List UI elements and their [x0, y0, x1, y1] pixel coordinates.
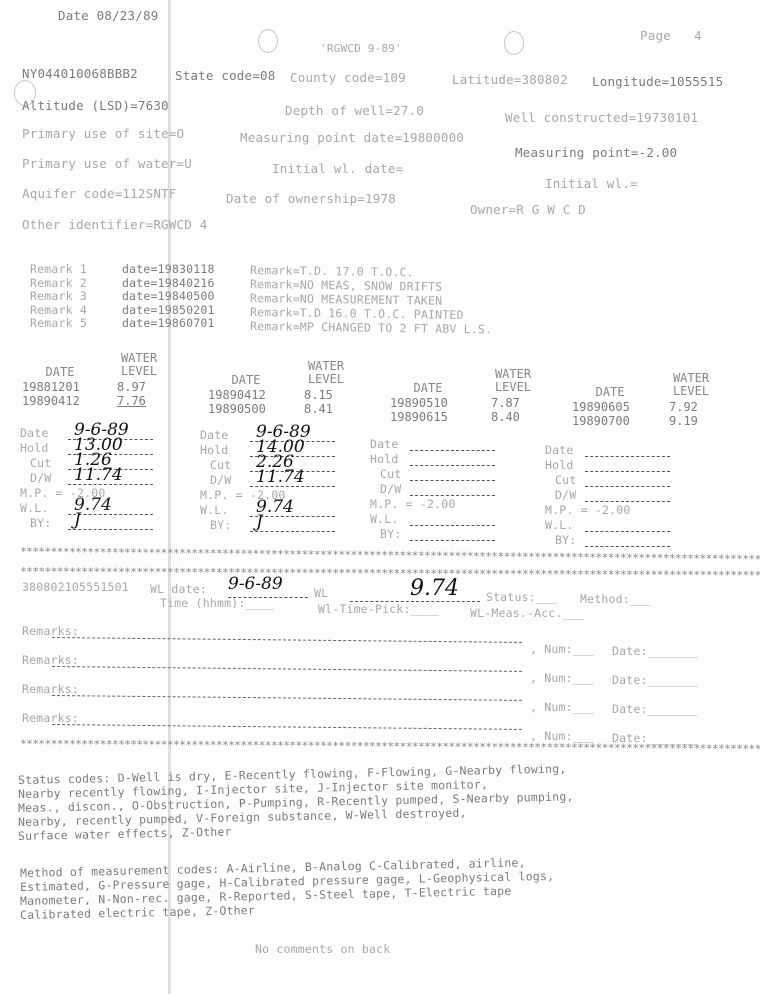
- remarks-input-line[interactable]: [52, 694, 522, 701]
- punch-hole: [504, 31, 524, 55]
- station-id: NY044010068BBB2: [22, 66, 138, 81]
- form-field-hold[interactable]: [410, 454, 495, 466]
- remark-label: Remark 1: [30, 262, 87, 276]
- wl-field[interactable]: [350, 590, 480, 602]
- county-code: County code=109: [290, 70, 406, 85]
- page-number: Page 4: [640, 28, 702, 43]
- report-title: 'RGWCD 9-89': [320, 42, 402, 55]
- form-label-dw: D/W: [210, 473, 231, 487]
- form-label-hold: Hold: [545, 458, 574, 472]
- report-date: Date 08/23/89: [58, 8, 158, 23]
- water-level-date: 19890412: [22, 394, 80, 408]
- form-label-cut: Cut: [380, 467, 401, 481]
- initial-wl: Initial wl.=: [545, 176, 638, 191]
- form-label-wl: W.L.: [20, 501, 49, 515]
- remark-date: date=19830118: [122, 262, 215, 276]
- form-field-cut[interactable]: [410, 469, 495, 481]
- wl-time-pick-field[interactable]: Wl-Time-Pick:____: [318, 602, 439, 616]
- form-field-dw[interactable]: [585, 490, 670, 502]
- form-value-dw[interactable]: 11.74: [74, 465, 123, 485]
- form-field-cut[interactable]: [585, 475, 670, 487]
- form-label-by: BY:: [210, 518, 231, 532]
- remark-date: date=19840500: [122, 289, 215, 303]
- remark-date: date=19860701: [122, 316, 215, 330]
- form-label-date: Date: [20, 426, 49, 440]
- water-level-value: 8.15: [304, 388, 333, 402]
- remark-label: Remark 4: [30, 303, 87, 317]
- well-constructed: Well constructed=19730101: [505, 110, 698, 125]
- form-field-hold[interactable]: [585, 460, 670, 472]
- page-fold-shadow: [168, 0, 171, 994]
- longitude: Longitude=1055515: [592, 74, 723, 89]
- remarks-input-line[interactable]: [52, 636, 522, 643]
- form-value-by[interactable]: J: [256, 512, 263, 532]
- remark-label: Remark 2: [30, 276, 87, 290]
- form-label-hold: Hold: [200, 443, 229, 457]
- depth-of-well: Depth of well=27.0: [285, 103, 424, 118]
- form-label-dw: D/W: [380, 482, 401, 496]
- remark-date: date=19840216: [122, 276, 215, 290]
- date-field[interactable]: Date:_______: [612, 673, 697, 687]
- water-level-value: 8.41: [304, 402, 333, 416]
- form-label-date: Date: [200, 428, 229, 442]
- remark-label: Remark 5: [30, 316, 87, 330]
- water-level-date: 19890605: [572, 400, 630, 414]
- remarks-input-line[interactable]: [52, 723, 522, 730]
- state-code: State code=08: [175, 68, 275, 83]
- water-level-header: WATER LEVEL: [296, 360, 356, 386]
- form-label-dw: D/W: [30, 471, 51, 485]
- form-label-dw: D/W: [555, 488, 576, 502]
- punch-hole: [258, 29, 278, 53]
- water-level-date: 19890615: [390, 410, 448, 424]
- date-field[interactable]: Date:_______: [612, 644, 697, 658]
- date-of-ownership: Date of ownership=1978: [226, 191, 396, 206]
- form-label-by: BY:: [30, 516, 51, 530]
- form-label-mp: M.P. = -2.00: [545, 503, 630, 517]
- form-label-cut: Cut: [555, 473, 576, 487]
- water-level-header: WATER LEVEL: [483, 368, 543, 394]
- form-value-dw[interactable]: 11.74: [256, 467, 305, 487]
- method-field[interactable]: Method:___: [580, 592, 651, 606]
- time-field[interactable]: Time (hhmm):____: [160, 596, 274, 610]
- status-field[interactable]: Status:___: [486, 590, 557, 604]
- aquifer-code: Aquifer code=112SNTF: [22, 186, 177, 201]
- form-field-by[interactable]: [410, 529, 495, 541]
- form-label-by: BY:: [555, 533, 576, 547]
- water-level-value: 9.19: [669, 414, 698, 428]
- remark-label: Remark 3: [30, 289, 87, 303]
- form-label-wl: W.L.: [370, 512, 399, 526]
- primary-use-water: Primary use of water=U: [22, 156, 192, 171]
- form-label-cut: Cut: [210, 458, 231, 472]
- remark-date: date=19850201: [122, 303, 215, 317]
- wl-label: WL: [314, 586, 328, 600]
- owner: Owner=R G W C D: [470, 202, 586, 217]
- separator-stars: ****************************************…: [20, 545, 760, 566]
- water-level-value: 7.76: [117, 394, 146, 408]
- form-label-date: Date: [545, 443, 574, 457]
- remark-text: Remark=MP CHANGED TO 2 FT ABV L.S.: [250, 319, 492, 336]
- form-label-hold: Hold: [20, 441, 49, 455]
- form-field-wl[interactable]: [585, 520, 670, 532]
- water-level-value: 7.87: [491, 396, 520, 410]
- water-level-date: 19890412: [208, 388, 266, 402]
- scanned-document-page: Date 08/23/89 Page 4 'RGWCD 9-89' NY0440…: [0, 0, 768, 994]
- water-level-value: 7.92: [669, 400, 698, 414]
- form-label-cut: Cut: [30, 456, 51, 470]
- latitude: Latitude=380802: [452, 72, 568, 87]
- wl-date-label: WL date:: [150, 582, 207, 596]
- form-field-by[interactable]: [585, 535, 670, 547]
- form-field-dw[interactable]: [410, 484, 495, 496]
- water-level-value: 8.40: [491, 410, 520, 424]
- water-level-header: WATER LEVEL: [661, 372, 721, 398]
- num-field[interactable]: , Num:___: [530, 642, 594, 656]
- water-level-header: WATER LEVEL: [109, 352, 169, 378]
- date-header: DATE: [216, 374, 276, 387]
- water-level-date: 19890700: [572, 414, 630, 428]
- form-label-wl: W.L.: [200, 503, 229, 517]
- date-header: DATE: [398, 382, 458, 395]
- form-label-mp: M.P. = -2.00: [370, 497, 455, 511]
- water-level-value: 8.97: [117, 380, 146, 394]
- date-field[interactable]: Date:_______: [612, 702, 697, 716]
- num-field[interactable]: , Num:___: [530, 671, 594, 685]
- measuring-point-date: Measuring point date=19800000: [240, 130, 464, 145]
- other-identifier: Other identifier=RGWCD 4: [22, 217, 207, 232]
- initial-wl-date: Initial wl. date=: [272, 161, 403, 176]
- date-header: DATE: [30, 366, 90, 379]
- separator-stars: ****************************************…: [20, 565, 760, 582]
- form-field-date[interactable]: [585, 445, 670, 457]
- altitude: Altitude (LSD)=7630: [22, 98, 169, 113]
- form-field-date[interactable]: [410, 439, 495, 451]
- form-field-wl[interactable]: [410, 514, 495, 526]
- wl-meas-acc-field[interactable]: WL-Meas.-Acc.___: [470, 606, 584, 620]
- num-field[interactable]: , Num:___: [530, 700, 594, 714]
- measuring-point: Measuring point=-2.00: [515, 145, 677, 160]
- form-label-wl: W.L.: [545, 518, 574, 532]
- date-header: DATE: [580, 386, 640, 399]
- water-level-date: 19890510: [390, 396, 448, 410]
- form-label-date: Date: [370, 437, 399, 451]
- site-number: 380802105551501: [22, 580, 129, 594]
- form-label-hold: Hold: [370, 452, 399, 466]
- primary-use-site: Primary use of site=O: [22, 126, 184, 141]
- remarks-input-line[interactable]: [52, 665, 522, 672]
- footer-note: No comments on back: [255, 942, 390, 956]
- water-level-date: 19890500: [208, 402, 266, 416]
- form-label-by: BY:: [380, 527, 401, 541]
- water-level-date: 19881201: [22, 380, 80, 394]
- form-value-by[interactable]: J: [74, 510, 81, 530]
